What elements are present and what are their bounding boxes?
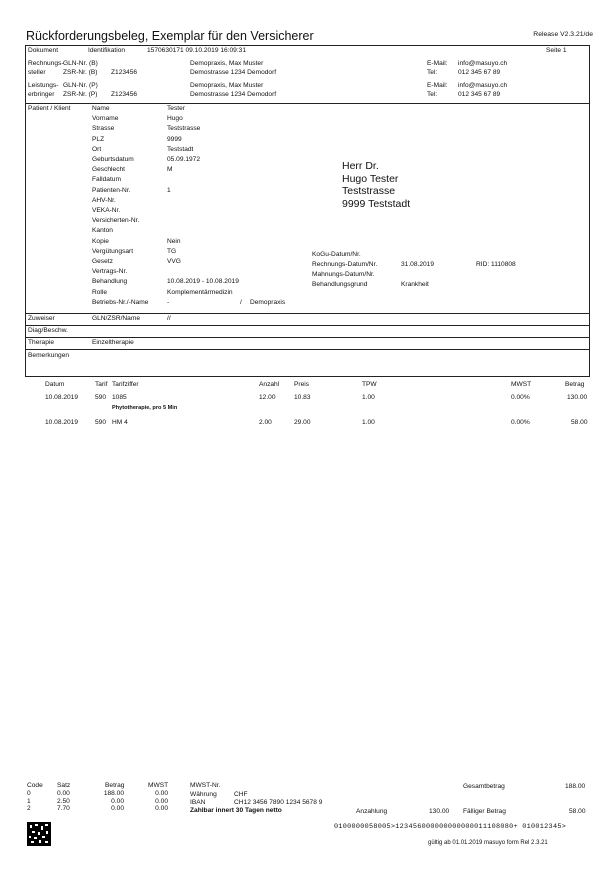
row-tpw: 1.00 (362, 394, 375, 401)
patient-field-label: Behandlung (92, 278, 127, 285)
zsr-label-p: ZSR-Nr. (P) (63, 91, 97, 98)
anzahlung-label: Anzahlung (356, 808, 387, 815)
release-version: Release V2.3.21/de (533, 31, 593, 38)
vat-mwst: 0.00 (140, 790, 168, 797)
row-preis: 29.00 (294, 419, 311, 426)
row-mwst: 0.00% (511, 419, 530, 426)
patient-field-label: AHV-Nr. (92, 197, 116, 204)
patient-field-value: Nein (167, 238, 181, 245)
tel-label: Tel: (427, 69, 437, 76)
rechnungssteller-address: Demostrasse 1234 Demodorf (190, 69, 276, 76)
col-preis: Preis (294, 381, 309, 388)
gesamtbetrag-label: Gesamtbetrag (463, 783, 505, 790)
diag-label: Diag/Beschw. (28, 327, 68, 334)
iban-value: CH12 3456 7890 1234 5678 9 (234, 799, 322, 806)
invoice-info-value: Krankheit (401, 281, 429, 288)
invoice-info-label: Mahnungs-Datum/Nr. (312, 271, 375, 278)
qr-code-icon (27, 822, 51, 846)
leistungserbringer-email[interactable]: info@masuyo.ch (458, 82, 507, 89)
vat-mwst: 0.00 (140, 798, 168, 805)
row-ziffer: HM 4 (112, 419, 128, 426)
tel-label: Tel: (427, 91, 437, 98)
vat-mwst: 0.00 (140, 805, 168, 812)
patient-field-label: Name (92, 105, 110, 112)
patient-field-value: Komplementärmedizin (167, 289, 233, 296)
vat-col-betrag: Betrag (105, 782, 124, 789)
col-tpw: TPW (362, 381, 377, 388)
row-betrag: 58.00 (571, 419, 588, 426)
row-description: Phytotherapie, pro 5 Min (112, 405, 177, 411)
patient-field-separator: / (240, 299, 242, 306)
patient-field-label: Geschlecht (92, 166, 125, 173)
iban-label: IBAN (190, 799, 205, 806)
patient-field-label: Vorname (92, 115, 118, 122)
patient-field-value: TG (167, 248, 176, 255)
identifikation-label: Identifikation (88, 47, 125, 54)
email-label: E-Mail: (427, 60, 448, 67)
patient-field-label: Versicherten-Nr. (92, 217, 139, 224)
col-anzahl: Anzahl (259, 381, 279, 388)
patient-field-value: Teststrasse (167, 125, 200, 132)
patient-field-label: Betriebs-Nr./-Name (92, 299, 148, 306)
row-betrag: 130.00 (567, 394, 587, 401)
row-tarif: 590 (95, 394, 106, 401)
vat-col-mwst: MWST (148, 782, 168, 789)
waehrung-value: CHF (234, 791, 248, 798)
zsr-label-b: ZSR-Nr. (B) (63, 69, 97, 76)
leistungserbringer-label-2: erbringer (28, 91, 54, 98)
patient-field-label: Gesetz (92, 258, 113, 265)
vat-code: 2 (27, 805, 31, 812)
patient-field-label: Strasse (92, 125, 114, 132)
rechnungssteller-email[interactable]: info@masuyo.ch (458, 60, 507, 67)
rechnungssteller-name: Demopraxis, Max Muster (190, 60, 263, 67)
patient-field-label: Kanton (92, 227, 113, 234)
patient-field-label: Ort (92, 146, 101, 153)
page-number: Seite 1 (546, 47, 567, 54)
address-line: Teststrasse (342, 185, 410, 198)
patient-field-value: Hugo (167, 115, 183, 122)
patient-field-value: Tester (167, 105, 185, 112)
waehrung-label: Währung (190, 791, 217, 798)
therapie-value: Einzeltherapie (92, 339, 134, 346)
vat-betrag: 0.00 (93, 805, 124, 812)
form-footer: gültig ab 01.01.2019 masuyo form Rel 2.3… (428, 840, 548, 846)
gesamtbetrag-value: 188.00 (565, 783, 585, 790)
row-mwst: 0.00% (511, 394, 530, 401)
invoice-info-value: 31.08.2019 (401, 261, 434, 268)
bemerkungen-box (25, 349, 590, 377)
vat-betrag: 188.00 (93, 790, 124, 797)
rechnungssteller-label-1: Rechnungs- (28, 60, 64, 67)
patient-field-label: Falldatum (92, 176, 121, 183)
rechnungssteller-tel: 012 345 67 89 (458, 69, 500, 76)
patient-field-extra: Demopraxis (250, 299, 285, 306)
vat-betrag: 0.00 (93, 798, 124, 805)
document-title: Rückforderungsbeleg, Exemplar für den Ve… (26, 29, 314, 43)
patient-field-value: M (167, 166, 173, 173)
address-line: Herr Dr. (342, 160, 410, 173)
invoice-info-label: Rechnungs-Datum/Nr. (312, 261, 377, 268)
email-label: E-Mail: (427, 82, 448, 89)
patient-field-value: 10.08.2019 - 10.08.2019 (167, 278, 239, 285)
anzahlung-value: 130.00 (429, 808, 449, 815)
leistungserbringer-label-1: Leistungs- (28, 82, 58, 89)
leistungserbringer-name: Demopraxis, Max Muster (190, 82, 263, 89)
gln-label-b: GLN-Nr. (B) (63, 60, 98, 67)
identifikation-value: 1570630171 09.10.2019 16:09:31 (147, 47, 246, 54)
col-tarif: Tarif (95, 381, 107, 388)
address-line: Hugo Tester (342, 173, 410, 186)
dokument-label: Dokument (28, 47, 58, 54)
therapie-label: Therapie (28, 339, 54, 346)
patient-field-value: 1 (167, 187, 171, 194)
leistungserbringer-tel: 012 345 67 89 (458, 91, 500, 98)
vat-satz: 7.70 (57, 805, 70, 812)
patient-field-label: Vertrags-Nr. (92, 268, 127, 275)
col-datum: Datum (45, 381, 64, 388)
vat-code: 1 (27, 798, 31, 805)
zuweiser-value: // (167, 315, 171, 322)
faelliger-betrag-value: 58.00 (569, 808, 586, 815)
vat-col-code: Code (27, 782, 43, 789)
patient-field-label: Patienten-Nr. (92, 187, 130, 194)
patient-field-label: Rolle (92, 289, 107, 296)
patient-field-value: 9999 (167, 136, 182, 143)
row-anzahl: 12.00 (259, 394, 276, 401)
recipient-address: Herr Dr. Hugo Tester Teststrasse 9999 Te… (342, 160, 410, 210)
patient-field-value: VVG (167, 258, 181, 265)
patient-field-label: Vergütungsart (92, 248, 133, 255)
faelliger-betrag-label: Fälliger Betrag (463, 808, 506, 815)
col-tarifziffer: Tarifziffer (112, 381, 139, 388)
invoice-info-label: Behandlungsgrund (312, 281, 367, 288)
address-line: 9999 Teststadt (342, 198, 410, 211)
leistungserbringer-address: Demostrasse 1234 Demodorf (190, 91, 276, 98)
vat-satz: 0.00 (57, 790, 70, 797)
row-anzahl: 2.00 (259, 419, 272, 426)
zuweiser-sublabel: GLN/ZSR/Name (92, 315, 140, 322)
zsr-value-p: Z123456 (111, 91, 137, 98)
rechnungssteller-label-2: steller (28, 69, 46, 76)
patient-section-label: Patient / Klient (28, 105, 71, 112)
patient-field-label: VEKA-Nr. (92, 207, 120, 214)
patient-field-label: Geburtsdatum (92, 156, 134, 163)
row-datum: 10.08.2019 (45, 419, 78, 426)
bemerkungen-label: Bemerkungen (28, 352, 69, 359)
vat-col-satz: Satz (57, 782, 70, 789)
gln-label-p: GLN-Nr. (P) (63, 82, 98, 89)
zuweiser-label: Zuweiser (28, 315, 55, 322)
patient-field-value: Teststadt (167, 146, 193, 153)
zsr-value-b: Z123456 (111, 69, 137, 76)
invoice-info-extra: RID: 1110808 (476, 261, 516, 268)
row-ziffer: 1085 (112, 394, 127, 401)
row-tpw: 1.00 (362, 419, 375, 426)
col-mwst: MWST (511, 381, 531, 388)
patient-field-value: - (167, 299, 169, 306)
invoice-info-label: KoGu-Datum/Nr. (312, 251, 361, 258)
row-datum: 10.08.2019 (45, 394, 78, 401)
patient-field-label: Kopie (92, 238, 109, 245)
row-preis: 10.83 (294, 394, 311, 401)
col-betrag: Betrag (565, 381, 584, 388)
vat-satz: 2.50 (57, 798, 70, 805)
vat-code: 0 (27, 790, 31, 797)
mwst-nr-label: MWST-Nr. (190, 782, 220, 789)
payment-terms: Zahlbar innert 30 Tagen netto (190, 807, 282, 814)
patient-field-label: PLZ (92, 136, 104, 143)
coding-line: 0100000058005>12345600000000000001110808… (334, 823, 566, 831)
patient-field-value: 05.09.1972 (167, 156, 200, 163)
row-tarif: 590 (95, 419, 106, 426)
